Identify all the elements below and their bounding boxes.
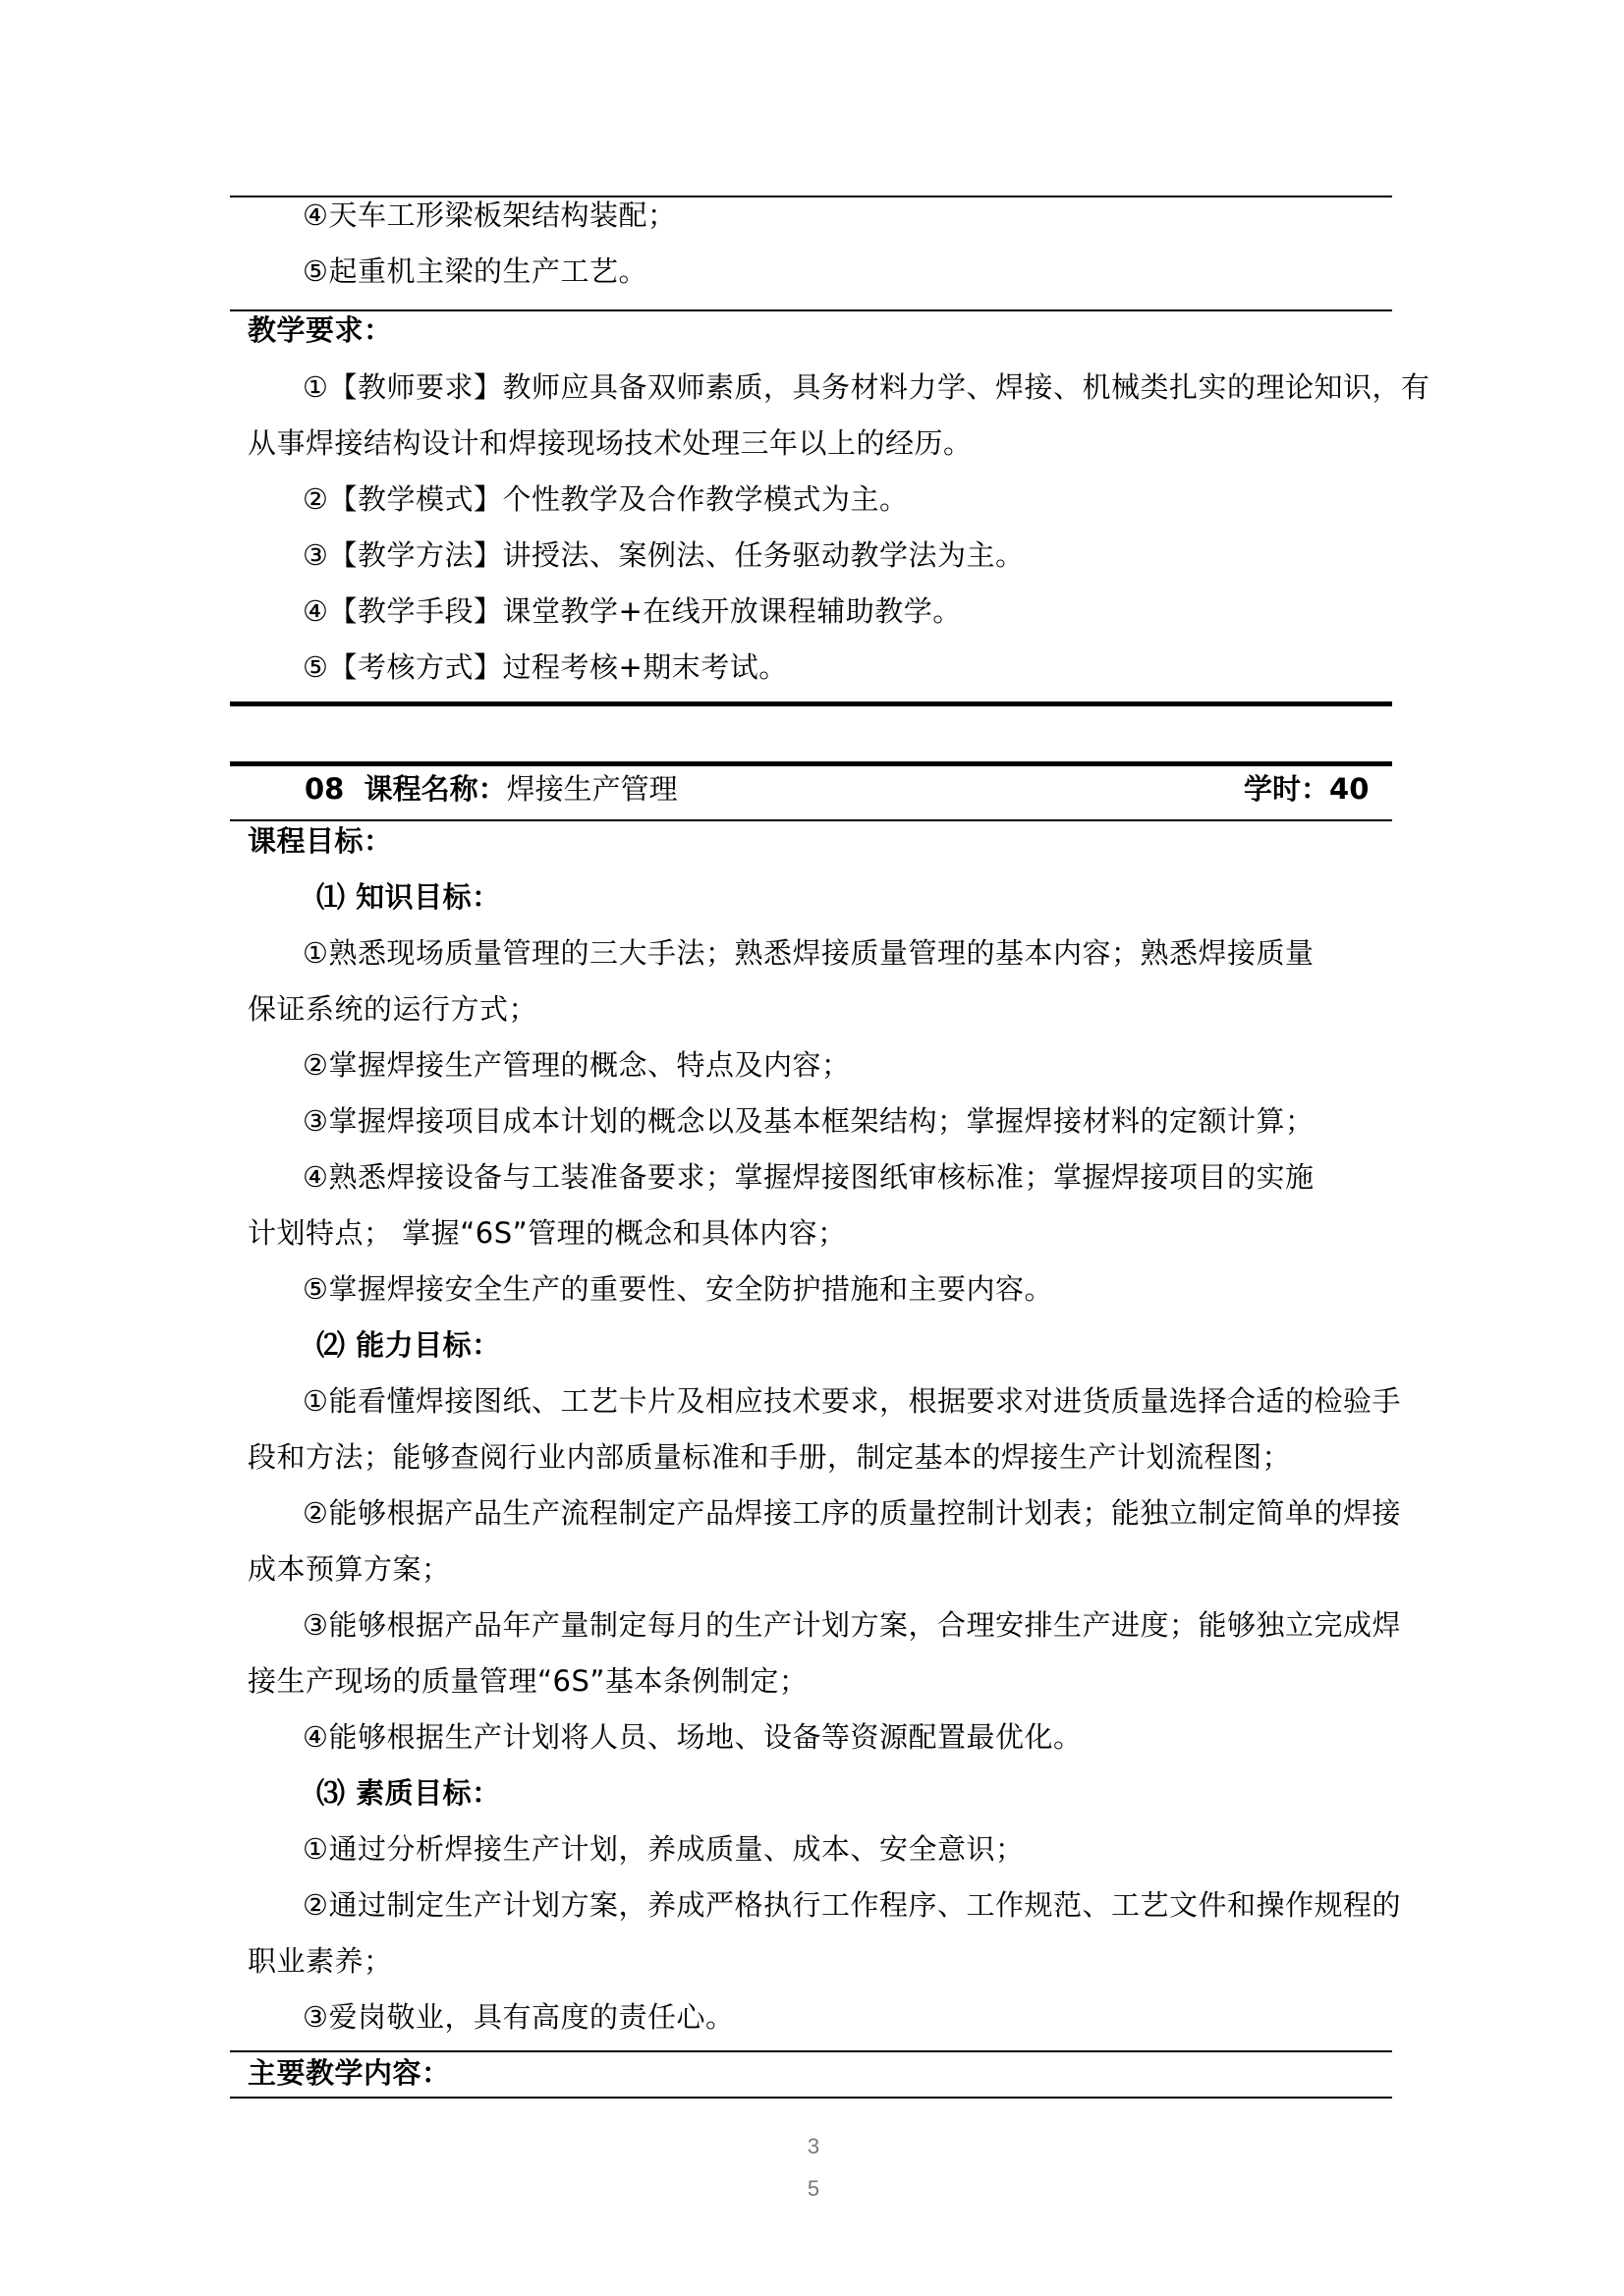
knowledge-line: 计划特点； 掌握“6S”管理的概念和具体内容； xyxy=(248,1215,1392,1251)
quality-line: 职业素养； xyxy=(248,1943,1392,1979)
requirement-line: ③【教学方法】讲授法、案例法、任务驱动教学法为主。 xyxy=(303,537,1447,573)
ability-title: ⑵ 能力目标： xyxy=(316,1327,1461,1363)
knowledge-line: 保证系统的运行方式； xyxy=(248,991,1392,1027)
requirement-line: ⑤【考核方式】过程考核+期末考试。 xyxy=(303,649,1447,685)
requirement-line: 从事焊接结构设计和焊接现场技术处理三年以上的经历。 xyxy=(248,425,1392,461)
quality-title: ⑶ 素质目标： xyxy=(316,1775,1461,1811)
requirement-line: ①【教师要求】教师应具备双师素质，具务材料力学、焊接、机械类扎实的理论知识，有 xyxy=(303,369,1447,405)
content-item: ⑤起重机主梁的生产工艺。 xyxy=(303,253,1447,289)
requirements-title: 教学要求： xyxy=(248,312,1392,348)
ability-line: 段和方法；能够查阅行业内部质量标准和手册，制定基本的焊接生产计划流程图； xyxy=(248,1439,1392,1475)
ability-line: 接生产现场的质量管理“6S”基本条例制定； xyxy=(248,1663,1392,1699)
content-title: 主要教学内容： xyxy=(248,2055,1392,2091)
table-rule xyxy=(230,819,1392,821)
ability-line: 成本预算方案； xyxy=(248,1551,1392,1587)
quality-line: ②通过制定生产计划方案，养成严格执行工作程序、工作规范、工艺文件和操作规程的 xyxy=(303,1887,1447,1923)
table-rule xyxy=(230,2097,1392,2099)
knowledge-line: ④熟悉焊接设备与工装准备要求；掌握焊接图纸审核标准；掌握焊接项目的实施 xyxy=(303,1159,1447,1195)
page-number: 5 xyxy=(794,2176,833,2202)
section-end-rule xyxy=(230,701,1392,706)
ability-line: ①能看懂焊接图纸、工艺卡片及相应技术要求，根据要求对进货质量选择合适的检验手 xyxy=(303,1383,1447,1419)
page-number: 3 xyxy=(794,2134,833,2159)
content-item: ④天车工形梁板架结构装配； xyxy=(303,197,1447,233)
objectives-title: 课程目标： xyxy=(248,823,1392,859)
quality-line: ①通过分析焊接生产计划，养成质量、成本、安全意识； xyxy=(303,1831,1447,1867)
ability-line: ②能够根据产品生产流程制定产品焊接工序的质量控制计划表；能独立制定简单的焊接 xyxy=(303,1495,1447,1531)
quality-line: ③爱岗敬业，具有高度的责任心。 xyxy=(303,1999,1447,2035)
knowledge-line: ⑤掌握焊接安全生产的重要性、安全防护措施和主要内容。 xyxy=(303,1271,1447,1307)
course-hours: 学时：40 xyxy=(1244,771,1369,807)
knowledge-line: ③掌握焊接项目成本计划的概念以及基本框架结构；掌握焊接材料的定额计算； xyxy=(303,1103,1447,1139)
knowledge-line: ①熟悉现场质量管理的三大手法；熟悉焊接质量管理的基本内容；熟悉焊接质量 xyxy=(303,935,1447,971)
knowledge-line: ②掌握焊接生产管理的概念、特点及内容； xyxy=(303,1047,1447,1083)
document-page: ④天车工形梁板架结构装配； ⑤起重机主梁的生产工艺。 教学要求： ①【教师要求】… xyxy=(0,0,1624,2296)
course-number: 08 xyxy=(305,772,344,806)
course-header-rule xyxy=(230,761,1392,766)
requirement-line: ②【教学模式】个性教学及合作教学模式为主。 xyxy=(303,481,1447,517)
ability-line: ④能够根据生产计划将人员、场地、设备等资源配置最优化。 xyxy=(303,1719,1447,1755)
hours-value: 40 xyxy=(1329,772,1369,806)
requirement-line: ④【教学手段】课堂教学+在线开放课程辅助教学。 xyxy=(303,593,1447,629)
course-name-label: 课程名称： xyxy=(364,772,507,806)
hours-label: 学时： xyxy=(1244,772,1329,806)
table-rule xyxy=(230,309,1392,311)
course-title: 08 课程名称：焊接生产管理 xyxy=(305,771,678,807)
table-rule xyxy=(230,2050,1392,2052)
knowledge-title: ⑴ 知识目标： xyxy=(316,879,1461,915)
ability-line: ③能够根据产品年产量制定每月的生产计划方案，合理安排生产进度；能够独立完成焊 xyxy=(303,1607,1447,1643)
course-name: 焊接生产管理 xyxy=(507,772,678,806)
